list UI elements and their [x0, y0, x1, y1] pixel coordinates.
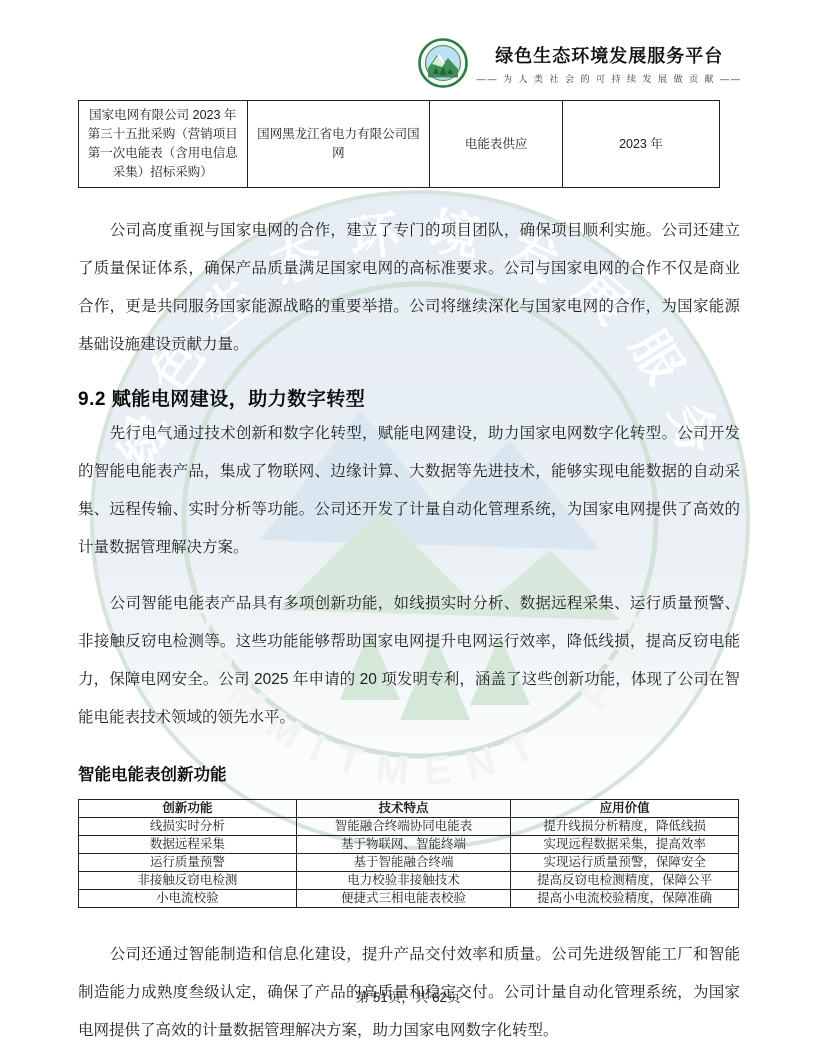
innovation-features-table: 创新功能 技术特点 应用价值 线损实时分析 智能融合终端协同电能表 提升线损分析… [78, 799, 739, 908]
table-header-row: 创新功能 技术特点 应用价值 [79, 800, 739, 818]
cell-value: 实现运行质量预警，保障安全 [511, 854, 739, 872]
cell-value: 提高反窃电检测精度，保障公平 [511, 872, 739, 890]
cell-tech: 基于智能融合终端 [296, 854, 511, 872]
cell-feature: 运行质量预警 [79, 854, 297, 872]
client-cell: 国网黑龙江省电力有限公司国网 [247, 101, 430, 188]
table-row: 非接触反窃电检测 电力校验非接触技术 提高反窃电检测精度，保障公平 [79, 872, 739, 890]
col-header-value: 应用价值 [511, 800, 739, 818]
cell-value: 实现远程数据采集，提高效率 [511, 836, 739, 854]
section-heading-9-2: 9.2 赋能电网建设，助力数字转型 [78, 384, 740, 411]
table-row: 国家电网有限公司 2023 年第三十五批采购（营销项目第一次电能表（含用电信息采… [79, 101, 720, 188]
cell-tech: 便捷式三相电能表校验 [296, 890, 511, 908]
table-row: 运行质量预警 基于智能融合终端 实现运行质量预警，保障安全 [79, 854, 739, 872]
brand-title: 绿色生态环境发展服务平台 [495, 42, 723, 68]
innovation-table-title: 智能电能表创新功能 [78, 761, 740, 785]
col-header-feature: 创新功能 [79, 800, 297, 818]
page-number: 第 51页，共 62页 [0, 986, 816, 1006]
document-page: 绿色生态环境发展服务平台 COMMITMENT FUTURE [0, 0, 816, 1056]
page-header: 绿色生态环境发展服务平台 —— 为 人 类 社 会 的 可 持 续 发 展 做 … [0, 0, 816, 88]
cell-feature: 非接触反窃电检测 [79, 872, 297, 890]
paragraph-digital-transform: 先行电气通过技术创新和数字化转型，赋能电网建设，助力国家电网数字化转型。公司开发… [78, 415, 740, 567]
paragraph-cooperation: 公司高度重视与国家电网的合作，建立了专门的项目团队，确保项目顺利实施。公司还建立… [78, 212, 740, 364]
cell-tech: 基于物联网、智能终端 [296, 836, 511, 854]
year-cell: 2023 年 [562, 101, 719, 188]
col-header-tech: 技术特点 [296, 800, 511, 818]
cell-feature: 小电流校验 [79, 890, 297, 908]
cell-value: 提高小电流校验精度，保障准确 [511, 890, 739, 908]
table-row: 线损实时分析 智能融合终端协同电能表 提升线损分析精度，降低线损 [79, 818, 739, 836]
cell-value: 提升线损分析精度，降低线损 [511, 818, 739, 836]
cell-feature: 线损实时分析 [79, 818, 297, 836]
cell-tech: 电力校验非接触技术 [296, 872, 511, 890]
cell-tech: 智能融合终端协同电能表 [296, 818, 511, 836]
cell-feature: 数据远程采集 [79, 836, 297, 854]
brand-block: 绿色生态环境发展服务平台 —— 为 人 类 社 会 的 可 持 续 发 展 做 … [476, 42, 742, 85]
project-info-table: 国家电网有限公司 2023 年第三十五批采购（营销项目第一次电能表（含用电信息采… [78, 100, 720, 188]
brand-tagline: —— 为 人 类 社 会 的 可 持 续 发 展 做 贡 献 —— [476, 72, 742, 85]
paragraph-innovation-functions: 公司智能电能表产品具有多项创新功能，如线损实时分析、数据远程采集、运行质量预警、… [78, 585, 740, 737]
table-row: 小电流校验 便捷式三相电能表校验 提高小电流校验精度，保障准确 [79, 890, 739, 908]
project-name-cell: 国家电网有限公司 2023 年第三十五批采购（营销项目第一次电能表（含用电信息采… [79, 101, 248, 188]
supply-type-cell: 电能表供应 [430, 101, 563, 188]
table-row: 数据远程采集 基于物联网、智能终端 实现远程数据采集，提高效率 [79, 836, 739, 854]
green-eco-badge-icon [418, 38, 468, 88]
